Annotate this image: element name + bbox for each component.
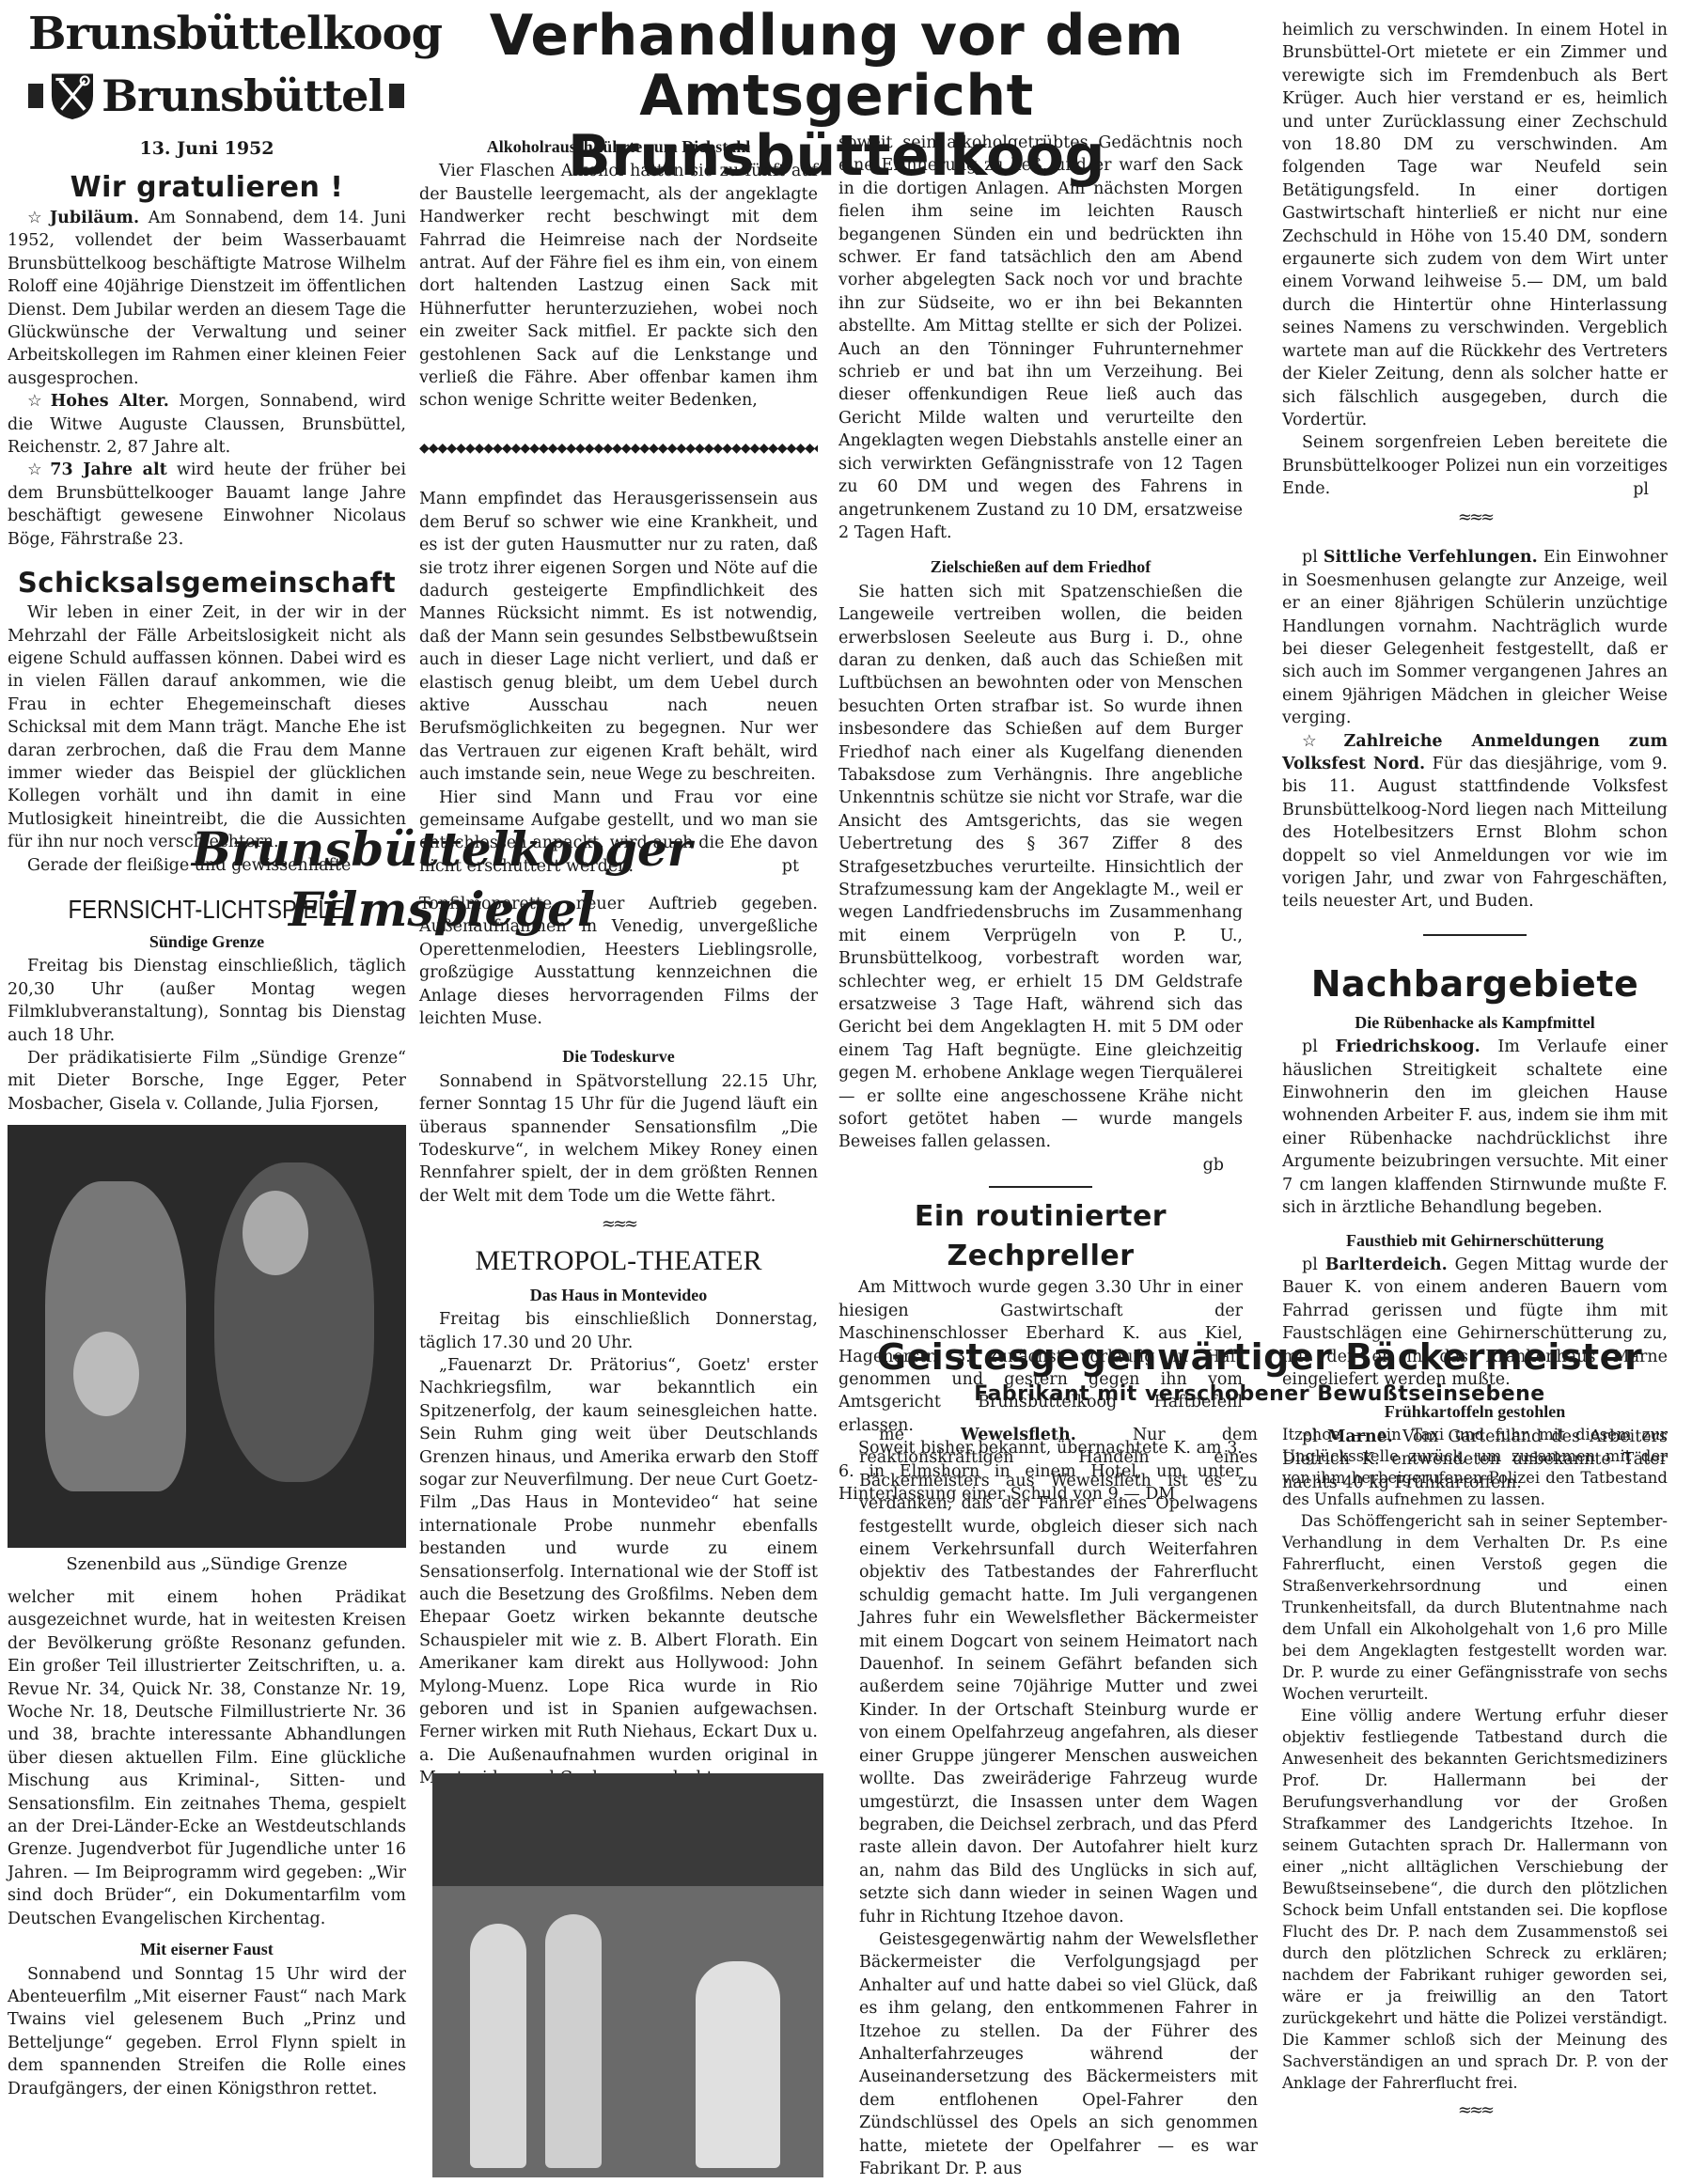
- metropol-title: METROPOL-THEATER: [419, 1242, 818, 1280]
- column-4: heimlich zu verschwinden. In einem Hotel…: [1282, 19, 1668, 1494]
- todeskurve-paragraph: Sonnabend in Spätvorstellung 22.15 Uhr, …: [419, 1070, 818, 1208]
- diamond-rule-divider: ◆◆◆◆◆◆◆◆◆◆◆◆◆◆◆◆◆◆◆◆◆◆◆◆◆◆◆◆◆◆◆◆◆◆◆◆◆◆◆◆…: [419, 437, 818, 460]
- column-3: soweit sein alkoholgetrübtes Gedächtnis …: [838, 132, 1243, 1505]
- baecker-column-2: Itzehoe — ein Taxi und fuhr mit diesem z…: [1282, 1424, 1668, 2127]
- baecker-column-1: me Wewelsfleth. Nur dem reaktionskräftig…: [859, 1424, 1258, 2180]
- banner-left-icon: [28, 84, 43, 108]
- baecker-continuation: Itzehoe — ein Taxi und fuhr mit diesem z…: [1282, 1424, 1668, 1510]
- nachbar-subhead: Die Rübenhacke als Kampfmittel: [1282, 1011, 1668, 1034]
- gratulieren-item: ☆Jubiläum. Am Sonnabend, dem 14. Juni 19…: [8, 207, 406, 390]
- nachbar-title: Nachbargebiete: [1282, 960, 1668, 1007]
- star-icon: ☆: [27, 392, 47, 411]
- operette-paragraph: Tonfilmoperette neuer Auftrieb gegeben. …: [419, 893, 818, 1030]
- baecker-subtitle: Fabrikant mit verschobener Bewußtseinseb…: [846, 1381, 1673, 1408]
- gratulieren-title: Wir gratulieren !: [8, 169, 406, 207]
- main-headline-line1: Verhandlung vor dem: [423, 6, 1250, 66]
- metropol-paragraph: Freitag bis einschließlich Donnerstag, t…: [419, 1308, 818, 1354]
- alkohol-paragraph: Vier Flaschen Alkohol hatten sie zu fünf…: [419, 160, 818, 412]
- fernsicht-paragraph: welcher mit einem hohen Prädikat ausgeze…: [8, 1586, 406, 1930]
- film-column-1-bottom: welcher mit einem hohen Prädikat ausgeze…: [8, 1586, 406, 2100]
- metropol-paragraph: „Fauenarzt Dr. Prätorius“, Goetz' erster…: [419, 1354, 818, 1790]
- wave-divider-icon: ≈≈≈: [419, 1213, 818, 1236]
- gratulieren-item: ☆Hohes Alter. Morgen, Sonnabend, wird di…: [8, 390, 406, 459]
- baecker-paragraph: Geistesgegenwärtig nahm der Wewelsflethe…: [859, 1928, 1258, 2180]
- fernsicht-subhead: Sündige Grenze: [8, 930, 406, 953]
- wave-divider-icon: ≈≈≈: [1282, 2099, 1668, 2121]
- faust-subhead: Mit eiserner Faust: [8, 1938, 406, 1960]
- wave-divider-icon: ≈≈≈: [1282, 507, 1668, 529]
- alkohol-continuation: soweit sein alkoholgetrübtes Gedächtnis …: [838, 132, 1243, 544]
- schicksal-continuation: Mann empfindet das Herausgerissensein au…: [419, 488, 818, 786]
- film-still-photo: [8, 1125, 406, 1548]
- zechpreller-continuation: heimlich zu verschwinden. In einem Hotel…: [1282, 19, 1668, 431]
- gratulieren-item: ☆73 Jahre alt wird heute der früher bei …: [8, 459, 406, 551]
- divider-rule: [1423, 934, 1527, 936]
- sittliche-item: pl Sittliche Verfehlungen. Ein Einwohner…: [1282, 546, 1668, 729]
- metropol-subhead: Das Haus in Montevideo: [419, 1284, 818, 1306]
- baecker-paragraph: me Wewelsfleth. Nur dem reaktionskräftig…: [859, 1424, 1258, 1928]
- faust-paragraph: Sonnabend und Sonntag 15 Uhr wird der Ab…: [8, 1963, 406, 2100]
- alkohol-subhead: Alkoholrausch führte zum Diebstahl: [419, 135, 818, 158]
- fernsicht-title: FERNSICHT-LICHTSPIELE: [38, 893, 376, 927]
- film-column-2: Tonfilmoperette neuer Auftrieb gegeben. …: [419, 893, 818, 1790]
- fernsicht-paragraph: Freitag bis Dienstag einschließlich, täg…: [8, 955, 406, 1047]
- zielschiessen-paragraph: Sie hatten sich mit Spatzenschießen die …: [838, 581, 1243, 1154]
- signature: gb: [838, 1154, 1243, 1177]
- zechpreller-title: Ein routinierter Zechpreller: [838, 1197, 1243, 1276]
- film-column-1: FERNSICHT-LICHTSPIELE Sündige Grenze Fre…: [8, 893, 406, 1115]
- zielschiessen-subhead: Zielschießen auf dem Friedhof: [838, 555, 1243, 578]
- banner-right-icon: [389, 84, 404, 108]
- schicksal-title: Schicksalsgemeinschaft: [8, 564, 406, 601]
- signature: pl: [1282, 478, 1668, 501]
- fernsicht-paragraph: Der prädikatisierte Film „Sündige Grenze…: [8, 1047, 406, 1115]
- film-still-photo: [432, 1773, 823, 2177]
- schicksal-paragraph: Wir leben in einer Zeit, in der wir in d…: [8, 601, 406, 853]
- star-icon: ☆: [27, 209, 46, 227]
- baecker-title: Geistesgegenwärtiger Bäckermeister: [846, 1334, 1673, 1380]
- column-2-top: Alkoholrausch führte zum Diebstahl Vier …: [419, 132, 818, 879]
- baecker-continuation: Das Schöffengericht sah in seiner Septem…: [1282, 1510, 1668, 1705]
- masthead-line1: Brunsbüttelkoog: [28, 8, 404, 60]
- star-icon: ☆: [1302, 732, 1340, 751]
- crest-icon: [49, 62, 96, 130]
- todeskurve-subhead: Die Todeskurve: [419, 1045, 818, 1068]
- star-icon: ☆: [27, 460, 46, 479]
- baecker-continuation: Eine völlig andere Wertung erfuhr dieser…: [1282, 1705, 1668, 2094]
- issue-date: 13. Juni 1952: [0, 138, 414, 159]
- column-1-top: Wir gratulieren ! ☆Jubiläum. Am Sonnaben…: [8, 169, 406, 877]
- volksfest-item: ☆Zahlreiche Anmeldungen zum Volksfest No…: [1282, 730, 1668, 913]
- masthead-line2: Brunsbüttel: [102, 70, 384, 122]
- masthead: Brunsbüttelkoog Brunsbüttel: [28, 8, 404, 130]
- nachbar-subhead: Fausthieb mit Gehirnerschütterung: [1282, 1229, 1668, 1252]
- divider-rule: [989, 1186, 1092, 1188]
- photo-caption: Szenenbild aus „Sündige Grenze: [8, 1554, 406, 1574]
- nachbar-item: pl Friedrichskoog. Im Verlaufe einer häu…: [1282, 1036, 1668, 1219]
